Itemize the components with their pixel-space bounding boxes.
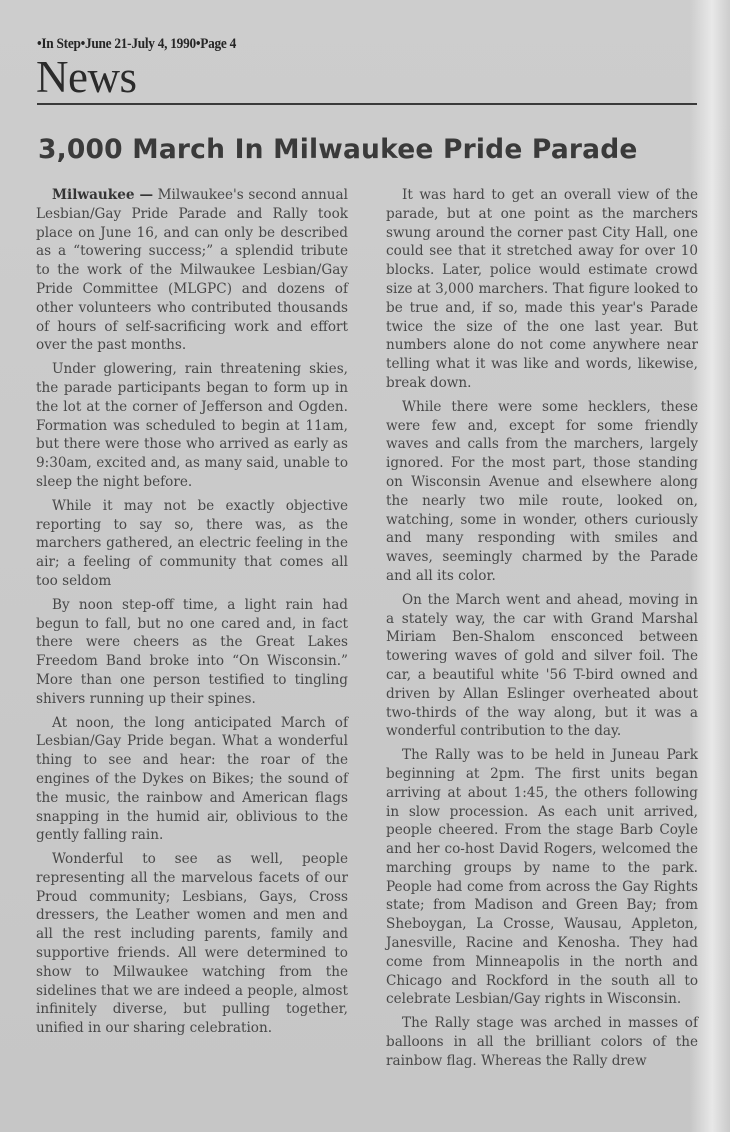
section-title: News (36, 53, 136, 101)
article-paragraph: Milwaukee — Milwaukee's second annual Le… (36, 186, 348, 355)
folio-line: •In Step•June 21-July 4, 1990•Page 4 (37, 36, 236, 53)
article-paragraph: While there were some hecklers, these we… (386, 398, 698, 586)
article-paragraph: Wonderful to see as well, people represe… (36, 850, 348, 1038)
article-paragraph: Under glowering, rain threatening skies,… (36, 360, 348, 492)
section-divider (37, 103, 697, 105)
article-paragraph: The Rally stage was arched in masses of … (386, 1014, 698, 1070)
paragraph-text: Milwaukee's second annual Lesbian/Gay Pr… (36, 187, 348, 353)
newspaper-page: •In Step•June 21-July 4, 1990•Page 4 New… (0, 0, 730, 1132)
article-paragraph: On the March went and ahead, moving in a… (386, 591, 698, 741)
article-paragraph: By noon step-off time, a light rain had … (36, 596, 348, 709)
article-column-right: It was hard to get an overall view of th… (386, 186, 698, 1076)
article-paragraph: It was hard to get an overall view of th… (386, 186, 698, 393)
article-headline: 3,000 March In Milwaukee Pride Parade (38, 134, 638, 165)
article-paragraph: While it may not be exactly objective re… (36, 497, 348, 591)
article-paragraph: The Rally was to be held in Juneau Park … (386, 746, 698, 1009)
article-paragraph: At noon, the long anticipated March of L… (36, 714, 348, 846)
dateline: Milwaukee — (52, 187, 153, 203)
article-column-left: Milwaukee — Milwaukee's second annual Le… (36, 186, 348, 1043)
